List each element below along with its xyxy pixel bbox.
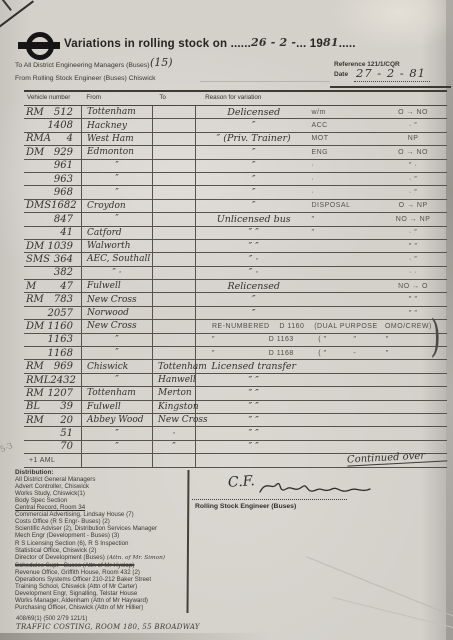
- from-cell: ″ ·: [82, 267, 153, 279]
- from-value: Fulwell: [82, 281, 121, 291]
- vehicle-number-cell: 2057: [24, 307, 82, 319]
- to-cell: [153, 227, 196, 239]
- from-value: ″: [82, 188, 152, 198]
- vehicle-class: SMS: [26, 254, 50, 265]
- reason-code: w/m: [311, 109, 379, 116]
- reason-cell: ″ ″: [196, 374, 447, 386]
- distribution-list: All District General ManagersAdvert Cont…: [15, 476, 190, 611]
- vehicle-class: DM: [26, 321, 44, 332]
- from-cell: ″: [82, 427, 153, 439]
- reason-cell: ″·· ″: [196, 186, 447, 198]
- reason-text: ″: [196, 187, 311, 198]
- distribution-item: Works Manager, Aldenham (Attn of Mr Hayw…: [15, 597, 190, 604]
- distribution-item: Costs Office (R S Engr- Buses) (2): [15, 518, 190, 525]
- reason-text: ″: [196, 147, 311, 158]
- vehicle-number-cell: DM929: [24, 146, 82, 158]
- licence-status-change: NP: [379, 135, 447, 142]
- from-value: ″: [82, 335, 152, 345]
- printed-rule: [330, 86, 451, 88]
- from-value: ″: [82, 348, 152, 358]
- from-cell: Fulwell: [82, 401, 153, 413]
- reason-text: ″ D 1168 ( ″ - ″: [196, 350, 447, 357]
- vehicle-number-cell: DM1160: [24, 320, 82, 332]
- table-row: 1408Hackney″ACC· ″: [24, 119, 447, 132]
- reason-text: ″ ·: [196, 254, 311, 265]
- reason-cell: ″ ·· ″: [196, 253, 447, 265]
- vehicle-number: 963: [54, 174, 73, 185]
- licence-status-change: ″ ″: [379, 243, 447, 250]
- vehicle-number: 1408: [48, 120, 73, 131]
- table-row: 847″Unlicensed bus″NO → NP: [24, 213, 447, 226]
- reason-cell: ″ ″: [196, 401, 447, 413]
- from-value: Edmonton: [82, 147, 134, 157]
- vehicle-number-cell: 41: [24, 227, 82, 239]
- to-value: Merton: [153, 388, 192, 398]
- table-row: DM1160New CrossRE-NUMBERED D 1160 (DUAL …: [24, 320, 447, 333]
- reason-cell: Delicensedw/mO → NO: [196, 106, 447, 118]
- reason-cell: RE-NUMBERED D 1160 (DUAL PURPOSE OMO/CRE…: [196, 320, 447, 332]
- vehicle-number-cell: 70: [24, 441, 82, 453]
- reason-text: ″: [196, 120, 311, 131]
- to-cell: Kingston: [153, 401, 196, 413]
- to-cell: [153, 454, 196, 466]
- reason-cell: ″·″ ·: [196, 160, 447, 172]
- table-row: 2057Norwood″″ ″: [24, 307, 447, 320]
- reason-text: ″ ″: [196, 375, 311, 386]
- reason-text: ″ ″: [196, 428, 311, 439]
- reason-code: ·: [311, 176, 379, 183]
- licence-status-change: · ″: [379, 189, 447, 196]
- scan-edge-shading: [446, 0, 453, 640]
- scanned-form-page: Variations in rolling stock on ......26 …: [0, 0, 453, 640]
- reason-text: ″: [196, 294, 311, 305]
- to-value: ·: [153, 429, 195, 439]
- from-cell: ″: [82, 160, 153, 172]
- date-label: Date: [334, 71, 348, 78]
- vehicle-number-cell: 1408: [24, 119, 82, 131]
- reason-text: ″ ″: [196, 227, 311, 238]
- vehicle-number-cell: RM20: [24, 414, 82, 426]
- vehicle-number-cell: 961: [24, 160, 82, 172]
- reason-text: ″ D 1163 ( ″ ″ ″: [196, 336, 447, 343]
- to-cell: [153, 334, 196, 346]
- signature-dotted-line: [192, 499, 347, 500]
- vehicle-number-cell: SMS364: [24, 253, 82, 265]
- vehicle-number-cell: 968: [24, 186, 82, 198]
- table-row: 968″″·· ″: [24, 186, 447, 199]
- reason-cell: ″ ″: [196, 427, 447, 439]
- vehicle-number: 4: [67, 133, 73, 144]
- vehicle-number: 1207: [48, 388, 73, 399]
- vehicle-number-cell: DM1039: [24, 240, 82, 252]
- from-cell: ″: [82, 374, 153, 386]
- licence-status-change: O → NO: [379, 149, 447, 156]
- from-value: ″: [82, 174, 152, 184]
- table-row: RM783New Cross″″ ″: [24, 293, 447, 306]
- signature-squiggle-icon: [258, 476, 378, 500]
- vehicle-class: RM: [26, 415, 44, 426]
- signature-initials: C.F.: [227, 473, 255, 491]
- from-cell: Walworth: [82, 240, 153, 252]
- vehicle-class: RM: [26, 294, 44, 305]
- from-value: Catford: [82, 228, 122, 238]
- stock-table-body: RM512TottenhamDelicensedw/mO → NO1408Hac…: [24, 106, 447, 468]
- from-value: ″: [82, 214, 152, 224]
- from-cell: ″: [82, 347, 153, 359]
- table-header-row: Vehicle number From To Reason for variat…: [24, 92, 447, 106]
- from-cell: Tottenham: [82, 106, 153, 118]
- table-row: M47FulwellRelicensedNO → O: [24, 280, 447, 293]
- vehicle-number: 39: [60, 401, 73, 412]
- to-cell: [153, 146, 196, 158]
- table-row: BL39FulwellKingston″ ″: [24, 401, 447, 414]
- reason-code: ·: [311, 162, 379, 169]
- reason-code: ·: [311, 189, 379, 196]
- licence-status-change: · ″: [379, 122, 447, 129]
- vehicle-number: 1163: [48, 334, 73, 345]
- vehicle-number: 70: [60, 441, 73, 452]
- licence-status-change: · ″: [379, 256, 447, 263]
- from-value: Norwood: [82, 308, 129, 318]
- vehicle-number: 512: [54, 107, 73, 118]
- vehicle-number-cell: 1163: [24, 334, 82, 346]
- distribution-item: Mech Engr (Development - Buses) (3): [15, 532, 190, 539]
- reason-code: ENG: [311, 149, 379, 156]
- to-cell: [153, 320, 196, 332]
- printed-year-prefix: 19: [310, 38, 323, 50]
- vehicle-number: 47: [60, 281, 73, 292]
- reason-code: ″: [311, 216, 379, 223]
- vehicle-number: 968: [54, 187, 73, 198]
- vehicle-class: BL: [26, 401, 40, 412]
- table-row: RM20Abbey WoodNew Cross″ ″: [24, 414, 447, 427]
- printed-rule: [200, 81, 330, 82]
- to-cell: ″: [153, 441, 196, 453]
- vehicle-class: RM: [26, 361, 44, 372]
- distribution-item: All District General Managers: [15, 476, 190, 483]
- reason-cell: ″ ″: [196, 387, 447, 399]
- vehicle-number: 1682: [51, 200, 76, 211]
- to-cell: Hanwell: [153, 374, 196, 386]
- from-value: New Cross: [82, 321, 137, 331]
- reason-cell: ″″ ″: [196, 307, 447, 319]
- reason-text: Relicensed: [196, 281, 311, 292]
- sender-line: From Rolling Stock Engineer (Buses) Chis…: [15, 75, 156, 82]
- column-header-vehicle: Vehicle number: [24, 92, 83, 105]
- reason-text: ″ ″: [196, 388, 311, 399]
- table-row: +1 AMLContinued over: [24, 454, 447, 467]
- reason-code: ″: [311, 229, 379, 236]
- distribution-item: Central Record, Room 34: [15, 504, 190, 511]
- from-cell: Fulwell: [82, 280, 153, 292]
- reason-cell: RelicensedNO → O: [196, 280, 447, 292]
- reason-text: RE-NUMBERED D 1160 (DUAL PURPOSE OMO/CRE…: [196, 323, 447, 330]
- vehicle-number: 364: [54, 254, 73, 265]
- reason-cell: Unlicensed bus″NO → NP: [196, 213, 447, 225]
- form-print-code: 408/69(1) (500 2/79 121/1): [16, 616, 87, 622]
- vehicle-number-cell: RM1207: [24, 387, 82, 399]
- from-cell: Catford: [82, 227, 153, 239]
- reason-cell: ″ D 1163 ( ″ ″ ″: [196, 334, 447, 346]
- to-value: Hanwell: [153, 375, 196, 385]
- distribution-item: Works Study, Chiswick(1): [15, 490, 190, 497]
- table-row: DM1039Walworth″ ″″ ″: [24, 240, 447, 253]
- vehicle-number-cell: 847: [24, 213, 82, 225]
- vehicle-number: 1160: [48, 321, 73, 332]
- from-value: Croydon: [82, 201, 126, 211]
- from-value: ″ ·: [82, 268, 152, 278]
- table-row: RM512TottenhamDelicensedw/mO → NO: [24, 106, 447, 119]
- to-cell: [153, 267, 196, 279]
- distribution-item: Purchasing Officer, Chiswick (Attn of Mr…: [15, 604, 190, 611]
- reason-cell: ″DISPOSALO → NP: [196, 200, 447, 212]
- vehicle-class: M: [26, 281, 36, 292]
- reason-cell: ″ ″″ ″: [196, 240, 447, 252]
- to-cell: [153, 253, 196, 265]
- vehicle-number: 1168: [48, 348, 73, 359]
- leader-dots: .....: [339, 38, 356, 50]
- reason-cell: ″″ ″: [196, 293, 447, 305]
- from-cell: Hackney: [82, 119, 153, 131]
- handwritten-date-value: 27 - 2 - 81: [354, 66, 430, 82]
- table-row: 963″″·· ″: [24, 173, 447, 186]
- table-row: 1168″″ D 1168 ( ″ - ″: [24, 347, 447, 360]
- from-cell: West Ham: [82, 133, 153, 145]
- corner-pen-mark: [2, 0, 12, 11]
- column-header-to: To: [156, 92, 202, 105]
- leader-dots: ...: [296, 38, 306, 50]
- from-value: Chiswick: [82, 362, 128, 372]
- distribution-item: Director of Development (Buses) (Attn. o…: [15, 554, 190, 562]
- table-row: 961″″·″ ·: [24, 160, 447, 173]
- reason-text: ″ ″: [196, 441, 311, 452]
- to-cell: Tottenham: [153, 360, 196, 372]
- from-value: Hackney: [82, 121, 127, 131]
- addressee-line: To All District Engineering Managers (Bu…: [15, 62, 149, 69]
- reason-text: ″: [196, 308, 311, 319]
- reason-text: ″ ″: [196, 241, 311, 252]
- distribution-section: Distribution: All District General Manag…: [15, 469, 190, 611]
- reason-text: ″ ″: [196, 415, 311, 426]
- table-row: 41Catford″ ″″· ″: [24, 227, 447, 240]
- vehicle-number-cell: +1 AML: [24, 454, 82, 466]
- reason-text: Licensed transfer: [196, 361, 311, 372]
- reason-cell: ″ ″″· ″: [196, 227, 447, 239]
- table-row: RMA4West Ham″ (Priv. Trainer)MOTNP: [24, 133, 447, 146]
- licence-status-change: · ″: [379, 176, 447, 183]
- table-row: DMS1682Croydon″DISPOSALO → NP: [24, 200, 447, 213]
- reason-text: ″: [196, 200, 311, 211]
- vehicle-class: DM: [26, 147, 44, 158]
- vehicle-class: DM: [26, 241, 44, 252]
- to-value: Kingston: [153, 402, 199, 412]
- vehicle-number: 51: [60, 428, 73, 439]
- to-cell: [153, 160, 196, 172]
- reason-text: ″ ·: [196, 267, 311, 278]
- distribution-item: Operations Systems Officer 210-212 Baker…: [15, 576, 190, 583]
- leader-dots: ......: [231, 38, 251, 50]
- reason-text: ″: [196, 174, 311, 185]
- distribution-item: Training School, Chiswick (Attn of Mr Ca…: [15, 583, 190, 590]
- from-cell: Abbey Wood: [82, 414, 153, 426]
- vehicle-number-cell: 1168: [24, 347, 82, 359]
- vehicle-number-cell: M47: [24, 280, 82, 292]
- from-cell: New Cross: [82, 320, 153, 332]
- vehicle-number-cell: DMS1682: [24, 200, 82, 212]
- distribution-item: Schedules Supt - Buses (Attn of Mr Hyslo…: [15, 562, 190, 569]
- vehicle-number: 783: [54, 294, 73, 305]
- handwritten-count-annotation: (15): [150, 56, 173, 69]
- from-cell: [82, 454, 153, 466]
- to-cell: [153, 347, 196, 359]
- reason-cell: ″·· ″: [196, 173, 447, 185]
- handwritten-brace: ): [430, 316, 440, 358]
- to-value: ″: [153, 442, 195, 452]
- distribution-item: R S Licensing Section (6), R S Inspectio…: [15, 540, 190, 547]
- vehicle-number: 1039: [48, 241, 73, 252]
- vehicle-class: RMA: [26, 133, 51, 144]
- distribution-item: Scientific Adviser (2), Distribution Ser…: [15, 525, 190, 532]
- column-header-from: From: [83, 92, 156, 105]
- vehicle-number-cell: RML2432: [24, 374, 82, 386]
- licence-status-change: O → NO: [379, 109, 447, 116]
- from-value: New Cross: [82, 295, 137, 305]
- licence-status-change: ″ ·: [379, 162, 447, 169]
- reason-code: ACC: [311, 122, 379, 129]
- vehicle-number-cell: BL39: [24, 401, 82, 413]
- to-cell: Merton: [153, 387, 196, 399]
- reason-cell: ″ACC· ″: [196, 119, 447, 131]
- scan-bottom-streak: [0, 633, 270, 640]
- pencil-margin-note: 5-3: [0, 441, 14, 454]
- variations-table: Vehicle number From To Reason for variat…: [24, 90, 447, 468]
- licence-status-change: · ″: [379, 229, 447, 236]
- vehicle-class: DMS: [26, 200, 51, 211]
- to-cell: ·: [153, 427, 196, 439]
- to-cell: [153, 106, 196, 118]
- vehicle-number: 2057: [48, 308, 73, 319]
- table-row: SMS364AEC, Southall″ ·· ″: [24, 253, 447, 266]
- reason-cell: ″ ″: [196, 414, 447, 426]
- to-cell: [153, 186, 196, 198]
- from-value: Abbey Wood: [82, 415, 144, 425]
- from-cell: ″: [82, 173, 153, 185]
- reason-text: ″ (Priv. Trainer): [196, 133, 311, 144]
- from-cell: Tottenham: [82, 387, 153, 399]
- vehicle-number: 929: [54, 147, 73, 158]
- table-row: RML2432″Hanwell″ ″: [24, 374, 447, 387]
- licence-status-change: O → NP: [379, 202, 447, 209]
- vehicle-number-cell: RM969: [24, 360, 82, 372]
- reason-text: ″: [196, 160, 311, 171]
- from-value: Tottenham: [82, 388, 136, 398]
- london-transport-roundel-icon: [18, 31, 60, 61]
- to-cell: [153, 240, 196, 252]
- from-cell: ″: [82, 213, 153, 225]
- distribution-item: Commercial Advertising, Lindsay House (7…: [15, 511, 190, 518]
- vehicle-number: 41: [60, 227, 73, 238]
- from-value: AEC, Southall: [82, 254, 150, 264]
- distribution-item: Statistical Office, Chiswick (2): [15, 547, 190, 554]
- reason-cell: ″ D 1168 ( ″ - ″: [196, 347, 447, 359]
- to-cell: New Cross: [153, 414, 196, 426]
- form-title-text: Variations in rolling stock on: [64, 38, 227, 50]
- vehicle-number: 20: [60, 415, 73, 426]
- from-value: ″: [82, 429, 152, 439]
- to-cell: [153, 119, 196, 131]
- vehicle-class: RM: [26, 388, 44, 399]
- from-cell: AEC, Southall: [82, 253, 153, 265]
- vehicle-number: 382: [54, 267, 73, 278]
- handwritten-date: 26 - 2 -: [251, 36, 296, 49]
- reason-cell: Licensed transfer: [196, 360, 447, 372]
- column-header-reason: Reason for variation: [202, 92, 447, 105]
- vehicle-number-cell: RM783: [24, 293, 82, 305]
- vehicle-class: RM: [26, 107, 44, 118]
- handwritten-attn-note: (Attn. of Mr. Simon): [105, 555, 165, 561]
- to-cell: [153, 133, 196, 145]
- from-cell: Croydon: [82, 200, 153, 212]
- from-value: West Ham: [82, 134, 134, 144]
- licence-status-change: ″ ″: [379, 296, 447, 303]
- distribution-item: Revenue Office, Griffith House, Room 432…: [15, 569, 190, 576]
- reason-code: MOT: [311, 135, 379, 142]
- paper-crease: [332, 597, 453, 634]
- table-row: DM929Edmonton″ENGO → NO: [24, 146, 447, 159]
- vehicle-number: 847: [54, 214, 73, 225]
- handwritten-year: 81: [323, 36, 339, 49]
- table-row: 382″ ·″ ·· ·: [24, 267, 447, 280]
- licence-status-change: NO → O: [379, 283, 447, 290]
- from-cell: Chiswick: [82, 360, 153, 372]
- reason-text: Unlicensed bus: [196, 214, 311, 225]
- signature-block: C.F. Rolling Stock Engineer (Buses): [190, 472, 400, 512]
- from-cell: ″: [82, 186, 153, 198]
- from-cell: ″: [82, 334, 153, 346]
- vehicle-number-cell: 382: [24, 267, 82, 279]
- distribution-item: Development Engr, Signalling, Telstar Ho…: [15, 590, 190, 597]
- to-cell: [153, 213, 196, 225]
- form-title: Variations in rolling stock on ......26 …: [64, 37, 356, 50]
- roundel-bar: [18, 42, 60, 49]
- to-cell: [153, 173, 196, 185]
- table-row: 1163″″ D 1163 ( ″ ″ ″: [24, 334, 447, 347]
- to-cell: [153, 200, 196, 212]
- from-value: Walworth: [82, 241, 131, 251]
- reason-cell: ″ (Priv. Trainer)MOTNP: [196, 133, 447, 145]
- from-value: Fulwell: [82, 402, 121, 412]
- from-value: ″: [82, 442, 152, 452]
- vehicle-number: 969: [54, 361, 73, 372]
- table-row: RM969ChiswickTottenhamLicensed transfer: [24, 360, 447, 373]
- from-value: Tottenham: [82, 107, 136, 117]
- vehicle-number: +1 AML: [29, 457, 55, 464]
- vehicle-class: RML: [26, 375, 50, 386]
- vehicle-number: 961: [54, 160, 73, 171]
- from-value: ″: [82, 161, 152, 171]
- from-value: ″: [82, 375, 152, 385]
- from-cell: ″: [82, 441, 153, 453]
- reason-code: DISPOSAL: [311, 202, 379, 209]
- to-cell: [153, 307, 196, 319]
- vehicle-number-cell: RMA4: [24, 133, 82, 145]
- from-cell: New Cross: [82, 293, 153, 305]
- paper-crease: [306, 556, 453, 621]
- distribution-item: Body Spec Section: [15, 497, 190, 504]
- from-cell: Norwood: [82, 307, 153, 319]
- licence-status-change: NO → NP: [379, 216, 447, 223]
- signature-role-label: Rolling Stock Engineer (Buses): [195, 503, 296, 510]
